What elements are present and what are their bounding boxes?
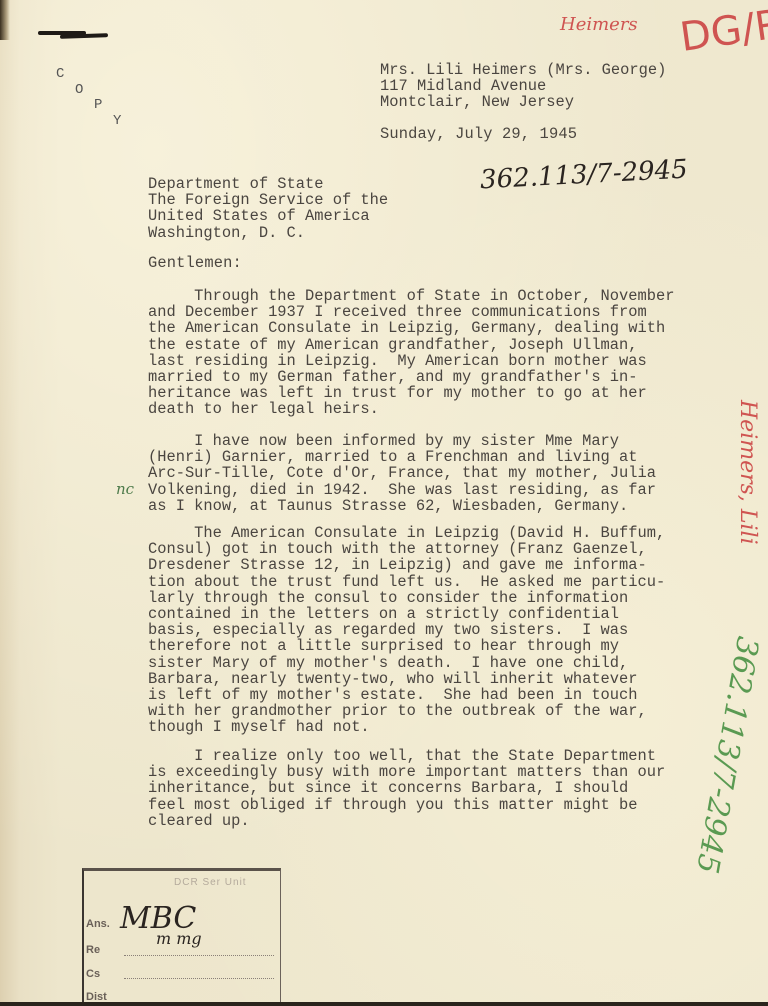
recipient-line: Department of State — [148, 176, 388, 192]
text-line: basis, especially as regarded my two sis… — [148, 622, 665, 638]
text-line: feel most obliged if through you this ma… — [148, 797, 665, 813]
text-line: therefore not a little surprised to hear… — [148, 638, 665, 654]
paragraph-2: I have now been informed by my sister Mm… — [148, 433, 656, 514]
text-line: contained in the letters on a strictly c… — [148, 606, 665, 622]
text-line: sister Mary of my mother's death. I have… — [148, 655, 665, 671]
text-line: though I myself had not. — [148, 719, 665, 735]
paragraph-4: I realize only too well, that the State … — [148, 748, 665, 829]
paper-edge-curl — [0, 0, 10, 40]
sender-city: Montclair, New Jersey — [380, 94, 666, 110]
text-line: Consul) got in touch with the attorney (… — [148, 541, 665, 557]
strike-mark — [60, 33, 108, 39]
text-line: I realize only too well, that the State … — [148, 748, 665, 764]
sender-address: Mrs. Lili Heimers (Mrs. George) 117 Midl… — [380, 62, 666, 111]
copy-letter: C — [56, 66, 64, 82]
text-line: is exceedingly busy with more important … — [148, 764, 665, 780]
text-line: with her grandmother prior to the outbre… — [148, 703, 665, 719]
text-line: the estate of my American grandfather, J… — [148, 337, 674, 353]
paragraph-3: The American Consulate in Leipzig (David… — [148, 525, 665, 736]
text-line: tion about the trust fund left us. He as… — [148, 574, 665, 590]
recipient-line: United States of America — [148, 208, 388, 224]
sender-street: 117 Midland Avenue — [380, 78, 666, 94]
text-line: death to her legal heirs. — [148, 401, 674, 417]
red-annotation-code: DG/R — [677, 1, 768, 61]
stamp-row-label: Ans. — [86, 918, 110, 930]
text-line: inheritance, but since it concerns Barba… — [148, 780, 665, 796]
text-line: I have now been informed by my sister Mm… — [148, 433, 656, 449]
sender-name: Mrs. Lili Heimers (Mrs. George) — [380, 62, 666, 78]
margin-green-number: 362.113/7-2945 — [689, 634, 765, 876]
stamp-dotted-line — [124, 955, 274, 956]
file-number-annotation: 362.113/7-2945 — [479, 155, 688, 196]
stamp-title: DCR Ser Unit — [174, 877, 247, 888]
margin-red-name: Heimers, Lili — [735, 400, 760, 545]
text-line: last residing in Leipzig. My American bo… — [148, 353, 674, 369]
margin-initials: nc — [116, 480, 134, 498]
text-line: Arc-Sur-Tille, Cote d'Or, France, that m… — [148, 465, 656, 481]
recipient-line: Washington, D. C. — [148, 225, 388, 241]
text-line: as I know, at Taunus Strasse 62, Wiesbad… — [148, 498, 656, 514]
stamp-row-label: Re — [86, 944, 100, 956]
text-line: Volkening, died in 1942. She was last re… — [148, 482, 656, 498]
handwritten-note: m mg — [156, 929, 202, 948]
text-line: larly through the consul to consider the… — [148, 590, 665, 606]
letter-date: Sunday, July 29, 1945 — [380, 126, 577, 142]
red-annotation-name: Heimers — [560, 14, 638, 35]
salutation: Gentlemen: — [148, 255, 242, 271]
text-line: Barbara, nearly twenty-two, who will inh… — [148, 671, 665, 687]
copy-letter: P — [94, 97, 102, 113]
text-line: cleared up. — [148, 813, 665, 829]
recipient-address: Department of State The Foreign Service … — [148, 176, 388, 241]
text-line: and December 1937 I received three commu… — [148, 304, 674, 320]
page-bottom-edge — [0, 1002, 768, 1006]
text-line: is left of my mother's estate. She had b… — [148, 687, 665, 703]
copy-letter: Y — [113, 113, 121, 129]
text-line: married to my German father, and my gran… — [148, 369, 674, 385]
stamp-row-label: Cs — [86, 968, 100, 980]
text-line: The American Consulate in Leipzig (David… — [148, 525, 665, 541]
recipient-line: The Foreign Service of the — [148, 192, 388, 208]
text-line: Through the Department of State in Octob… — [148, 288, 674, 304]
copy-letter: O — [75, 82, 83, 98]
text-line: Dresdener Strasse 12, in Leipzig) and ga… — [148, 557, 665, 573]
text-line: (Henri) Garnier, married to a Frenchman … — [148, 449, 656, 465]
paragraph-1: Through the Department of State in Octob… — [148, 288, 674, 418]
text-line: the American Consulate in Leipzig, Germa… — [148, 320, 674, 336]
text-line: heritance was left in trust for my mothe… — [148, 385, 674, 401]
stamp-dotted-line — [124, 978, 274, 979]
routing-stamp: DCR Ser Unit Ans. Re Cs Dist MBC m mg — [82, 868, 281, 1006]
